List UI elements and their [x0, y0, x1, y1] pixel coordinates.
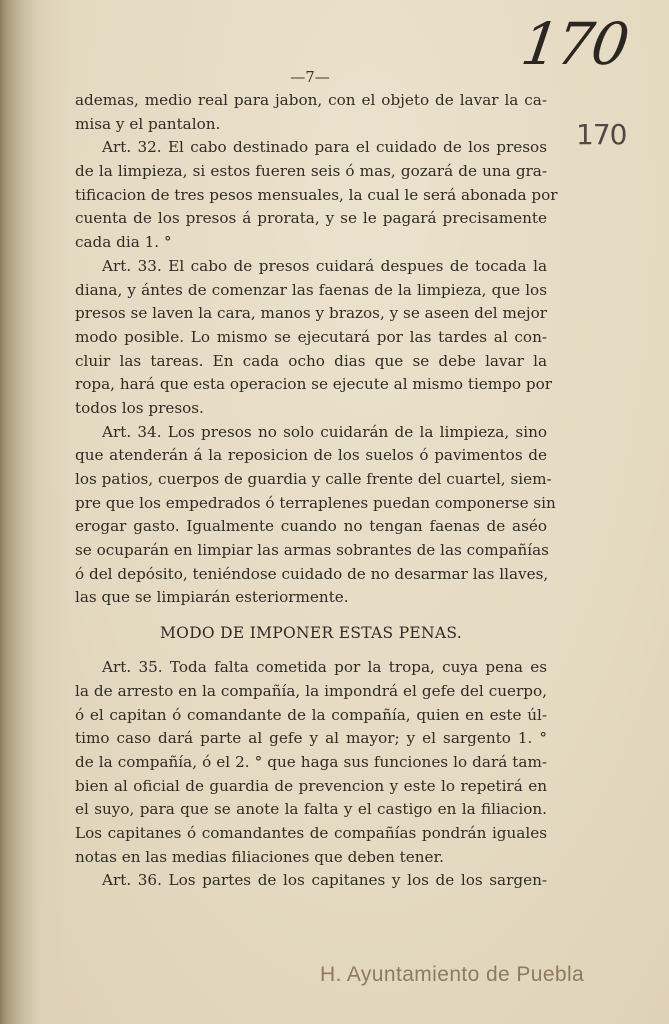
text-line: ó del depósito, teniéndose cuidado de no…: [75, 563, 547, 587]
text-line: ó el capitan ó comandante de la compañía…: [75, 704, 547, 728]
article-35: Art. 35. Toda falta cometida por la trop…: [75, 656, 547, 869]
text-line: modo posible. Lo mismo se ejecutará por …: [75, 326, 547, 350]
text-line: timo caso dará parte al gefe y al mayor;…: [75, 727, 547, 751]
text-line: los patios, cuerpos de guardia y calle f…: [75, 468, 547, 492]
text-line: Art. 34. Los presos no solo cuidarán de …: [75, 421, 547, 445]
text-line: Art. 36. Los partes de los capitanes y l…: [75, 869, 547, 893]
article-32: Art. 32. El cabo destinado para el cuida…: [75, 136, 547, 254]
text-line: la de arresto en la compañía, la impondr…: [75, 680, 547, 704]
text-line: Art. 35. Toda falta cometida por la trop…: [75, 656, 547, 680]
archive-watermark: H. Ayuntamiento de Puebla: [320, 963, 584, 987]
page-number: —7—: [280, 68, 340, 86]
text-line: pre que los empedrados ó terraplenes pue…: [75, 492, 547, 516]
section-heading: MODO DE IMPONER ESTAS PENAS.: [75, 610, 547, 656]
paragraph-continuation: ademas, medio real para jabon, con el ob…: [75, 89, 547, 136]
text-line: notas en las medias filiaciones que debe…: [75, 846, 547, 870]
text-line: se ocuparán en limpiar las armas sobrant…: [75, 539, 547, 563]
text-line: Los capitanes ó comandantes de compañías…: [75, 822, 547, 846]
text-line: presos se laven la cara, manos y brazos,…: [75, 302, 547, 326]
text-line: todos los presos.: [75, 397, 547, 421]
text-line: diana, y ántes de comenzar las faenas de…: [75, 279, 547, 303]
text-line: cada dia 1. °: [75, 231, 547, 255]
text-line: de la limpieza, si estos fueren seis ó m…: [75, 160, 547, 184]
text-line: Art. 33. El cabo de presos cuidará despu…: [75, 255, 547, 279]
text-line: ademas, medio real para jabon, con el ob…: [75, 89, 547, 113]
text-line: misa y el pantalon.: [75, 113, 547, 137]
article-34: Art. 34. Los presos no solo cuidarán de …: [75, 421, 547, 611]
article-33: Art. 33. El cabo de presos cuidará despu…: [75, 255, 547, 421]
handwritten-folio-large: 170: [517, 10, 631, 78]
text-line: de la compañía, ó el 2. ° que haga sus f…: [75, 751, 547, 775]
document-body: ademas, medio real para jabon, con el ob…: [75, 89, 547, 893]
text-line: que atenderán á la reposicion de los sue…: [75, 444, 547, 468]
text-line: Art. 32. El cabo destinado para el cuida…: [75, 136, 547, 160]
text-line: cluir las tareas. En cada ocho dias que …: [75, 350, 547, 374]
text-line: el suyo, para que se anote la falta y el…: [75, 798, 547, 822]
text-line: tificacion de tres pesos mensuales, la c…: [75, 184, 547, 208]
text-line: erogar gasto. Igualmente cuando no tenga…: [75, 515, 547, 539]
handwritten-folio-small: 170: [576, 118, 626, 151]
text-line: cuenta de los presos á prorata, y se le …: [75, 207, 547, 231]
text-line: ropa, hará que esta operacion se ejecute…: [75, 373, 547, 397]
text-line: las que se limpiarán esteriormente.: [75, 586, 547, 610]
text-line: bien al oficial de guardia de prevencion…: [75, 775, 547, 799]
article-36: Art. 36. Los partes de los capitanes y l…: [75, 869, 547, 893]
